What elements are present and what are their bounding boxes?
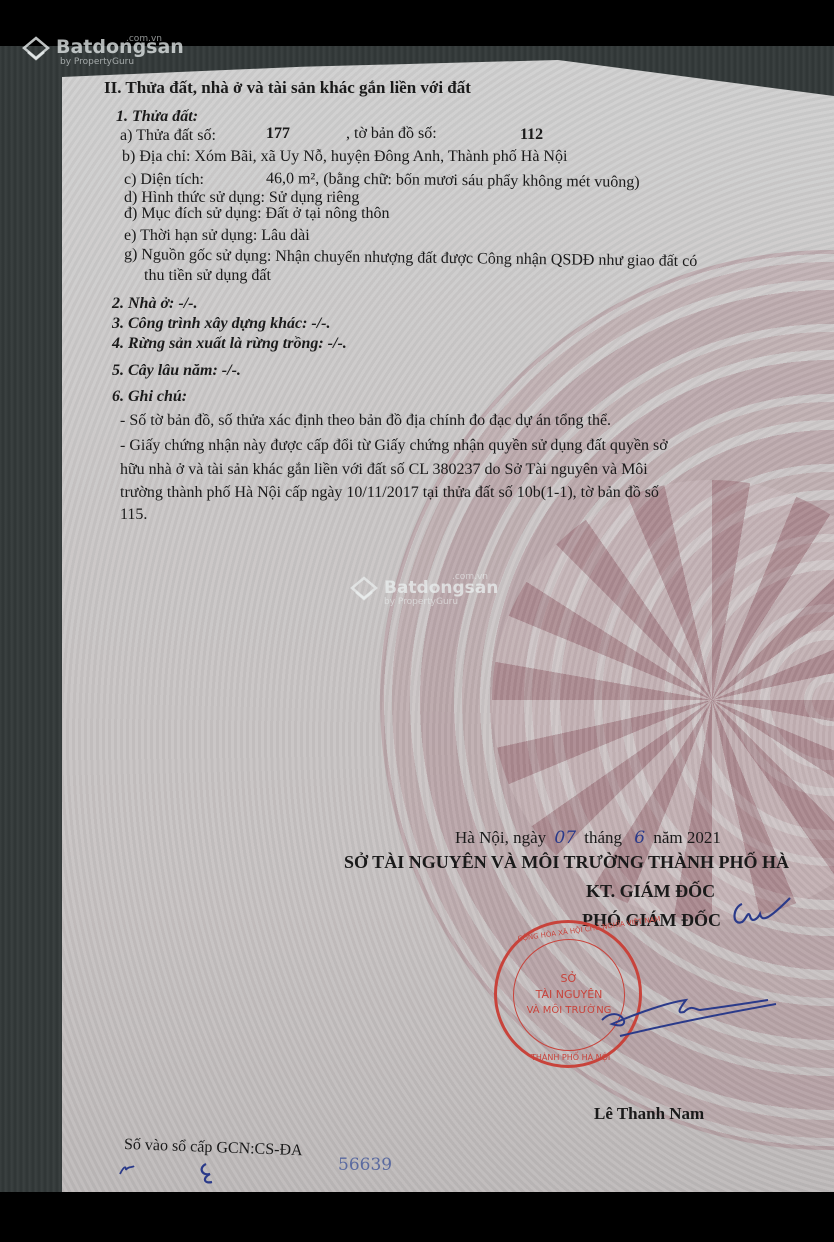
forest-item: 4. Rừng sản xuất là rừng trồng: -/-. — [112, 335, 347, 353]
parcel-number-label: a) Thửa đất số: — [120, 127, 216, 145]
registry-initials-icon — [118, 1158, 238, 1188]
issue-date: Hà Nội, ngày 07 tháng 6 năm 2021 — [455, 828, 721, 848]
stamp-line-2: TÀI NGUYÊN — [536, 987, 603, 1003]
stamp-line-3: VÀ MÔI TRƯỜNG — [527, 1003, 612, 1019]
issuing-agency: SỞ TÀI NGUYÊN VÀ MÔI TRƯỜNG THÀNH PHỐ HÀ — [344, 852, 789, 873]
issue-year: năm 2021 — [653, 828, 721, 847]
signer-name: Lê Thanh Nam — [594, 1104, 704, 1124]
section-title: II. Thửa đất, nhà ở và tài sản khác gắn … — [104, 78, 471, 98]
batdongsan-logo-icon — [22, 36, 50, 64]
other-construction-item: 3. Công trình xây dựng khác: -/-. — [112, 315, 331, 333]
note-line-4: trường thành phố Hà Nội cấp ngày 10/11/2… — [120, 484, 659, 502]
handwritten-month: 6 — [634, 828, 645, 848]
bottom-bar — [0, 1192, 834, 1242]
watermark-brand: Batdongsan — [56, 36, 184, 58]
address-line: b) Địa chỉ: Xóm Bãi, xã Uy Nỗ, huyện Đôn… — [122, 148, 567, 166]
usage-origin-line2: thu tiền sử dụng đất — [144, 267, 271, 285]
stamp-ring-bottom: THÀNH PHỐ HÀ NỘI — [531, 1053, 610, 1062]
note-line-2: - Giấy chứng nhận này được cấp đổi từ Gi… — [120, 437, 668, 455]
map-sheet-number: 112 — [520, 126, 543, 144]
date-prefix: Hà Nội, ngày — [455, 828, 546, 847]
notes-heading: 6. Ghi chú: — [112, 388, 187, 406]
signer-title-1: KT. GIÁM ĐỐC — [586, 881, 715, 902]
area-label: c) Diện tích: — [124, 171, 204, 189]
note-line-3: hữu nhà ở và tài sản khác gắn liền với đ… — [120, 461, 648, 479]
watermark-domain: .com.vn — [126, 34, 162, 44]
handwritten-day: 07 — [554, 828, 576, 848]
month-prefix: tháng — [584, 828, 622, 847]
batdongsan-logo-icon — [350, 576, 378, 604]
note-line-5: 115. — [120, 506, 147, 524]
perennial-item: 5. Cây lâu năm: -/-. — [112, 362, 241, 380]
watermark-domain-center: .com.vn — [452, 572, 488, 582]
director-signature-icon — [600, 996, 780, 1046]
land-heading: 1. Thửa đất: — [116, 108, 198, 126]
map-sheet-label: , tờ bản đồ số: — [346, 125, 437, 143]
registry-number-handwritten: 56639 — [338, 1155, 392, 1175]
watermark-byline: by PropertyGuru — [60, 57, 134, 67]
initials-signature-icon — [728, 896, 794, 932]
house-item: 2. Nhà ở: -/-. — [112, 295, 197, 313]
usage-duration: e) Thời hạn sử dụng: Lâu dài — [124, 227, 310, 245]
watermark-byline-center: by PropertyGuru — [384, 597, 458, 607]
stamp-line-1: SỞ — [560, 971, 577, 987]
parcel-number: 177 — [266, 125, 290, 143]
usage-purpose: đ) Mục đích sử dụng: Đất ở tại nông thôn — [124, 205, 390, 223]
note-line-1: - Số tờ bản đồ, số thửa xác định theo bả… — [120, 412, 611, 430]
